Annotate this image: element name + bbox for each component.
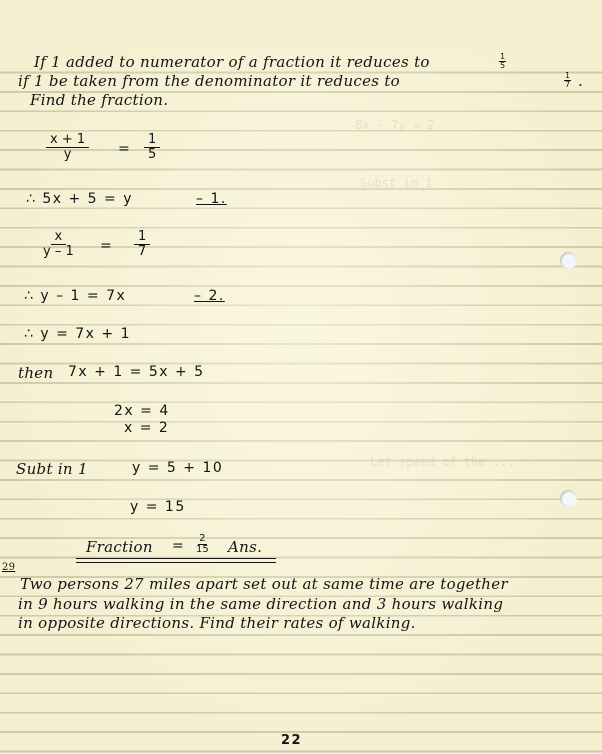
equation-label-1: – 1. xyxy=(196,191,227,207)
step-4: 7x + 1 = 5x + 5 xyxy=(68,364,205,380)
problem-2-line-3: in opposite directions. Find their rates… xyxy=(18,614,416,632)
step-5: 2x = 4 xyxy=(114,403,170,419)
then-word: then xyxy=(18,364,53,382)
equation-1-lhs: x + 1 y xyxy=(46,133,89,162)
answer-label: Fraction xyxy=(86,538,153,556)
step-2: ∴ y – 1 = 7x xyxy=(24,288,126,304)
fraction-one-fifth: 1 5 xyxy=(499,53,506,70)
problem-2-line-1: Two persons 27 miles apart set out at sa… xyxy=(20,575,508,593)
equation-label-2: – 2. xyxy=(194,288,225,304)
step-3: ∴ y = 7x + 1 xyxy=(24,326,131,342)
punch-hole xyxy=(560,252,577,269)
step-1: ∴ 5x + 5 = y xyxy=(26,191,133,207)
notebook-page: 8x - 7y = 2 Subst in 1 Let speed of the … xyxy=(0,0,602,754)
problem-1-line-2: if 1 be taken from the denominator it re… xyxy=(18,72,400,90)
bleed-through-text: 8x - 7y = 2 xyxy=(355,118,434,132)
punch-hole xyxy=(560,490,577,507)
equation-2-rhs: 1 7 xyxy=(134,230,150,259)
substitute-label: Subt in 1 xyxy=(16,460,88,478)
equals-sign: = xyxy=(100,238,113,254)
top-margin xyxy=(0,0,602,54)
answer-fraction: 2 15 xyxy=(196,534,209,555)
step-8: y = 15 xyxy=(130,499,186,515)
page-number: 22 xyxy=(281,733,302,748)
equation-1-rhs: 1 5 xyxy=(144,133,160,162)
equation-2-lhs: x y – 1 xyxy=(43,230,74,259)
answer-underline xyxy=(76,558,276,559)
equals-sign: = xyxy=(118,141,131,157)
problem-2-line-2: in 9 hours walking in the same direction… xyxy=(18,595,503,613)
period: . xyxy=(578,72,583,90)
problem-number: 29 xyxy=(2,562,15,573)
answer-suffix: Ans. xyxy=(228,538,262,556)
answer-underline xyxy=(76,562,276,563)
step-6: x = 2 xyxy=(124,420,169,436)
equals-sign: = xyxy=(172,538,185,554)
bleed-through-text: Let speed of the ... xyxy=(370,455,515,469)
problem-1-line-3: Find the fraction. xyxy=(30,91,168,109)
fraction-one-seventh: 1 7 xyxy=(564,72,571,89)
problem-1-line-1: If 1 added to numerator of a fraction it… xyxy=(34,53,430,71)
bleed-through-text: Subst in 1 xyxy=(360,176,432,190)
step-7: y = 5 + 10 xyxy=(132,460,223,476)
